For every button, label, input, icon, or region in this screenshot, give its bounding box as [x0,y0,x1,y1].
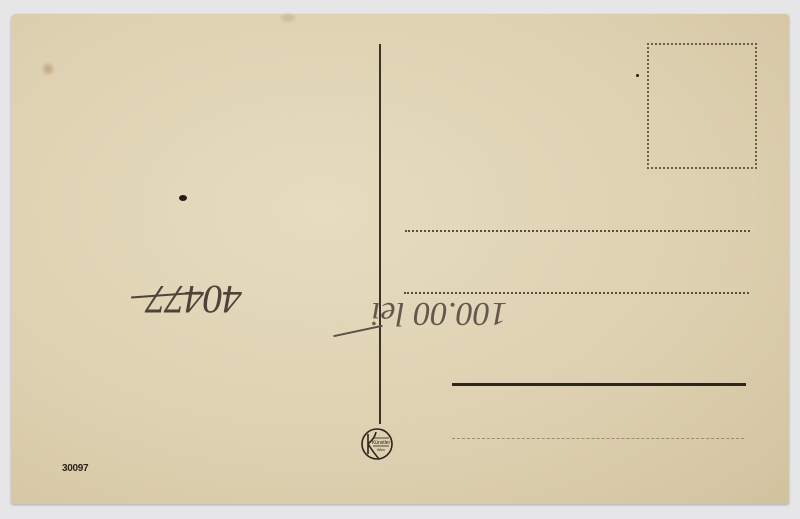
address-line-3 [452,383,746,386]
handwritten-price-note: 100.00 lei [371,294,507,332]
handwritten-note-left: 40477 [147,276,242,323]
publisher-monogram-icon: Künstler Wien [359,426,395,462]
foxing-stain [281,14,295,22]
svg-text:Wien: Wien [377,448,385,452]
stamp-placeholder-box [647,43,757,169]
foxing-stain [43,64,53,74]
svg-text:Künstler: Künstler [372,440,391,446]
ink-spot [179,195,187,201]
address-line-4 [452,438,744,439]
card-serial-number: 30097 [62,463,88,474]
ink-spot [636,74,639,77]
center-divider-line [379,44,381,424]
postcard-back: 40477 100.00 lei Künstler Wien 30097 [11,14,789,504]
address-line-1 [405,230,750,232]
